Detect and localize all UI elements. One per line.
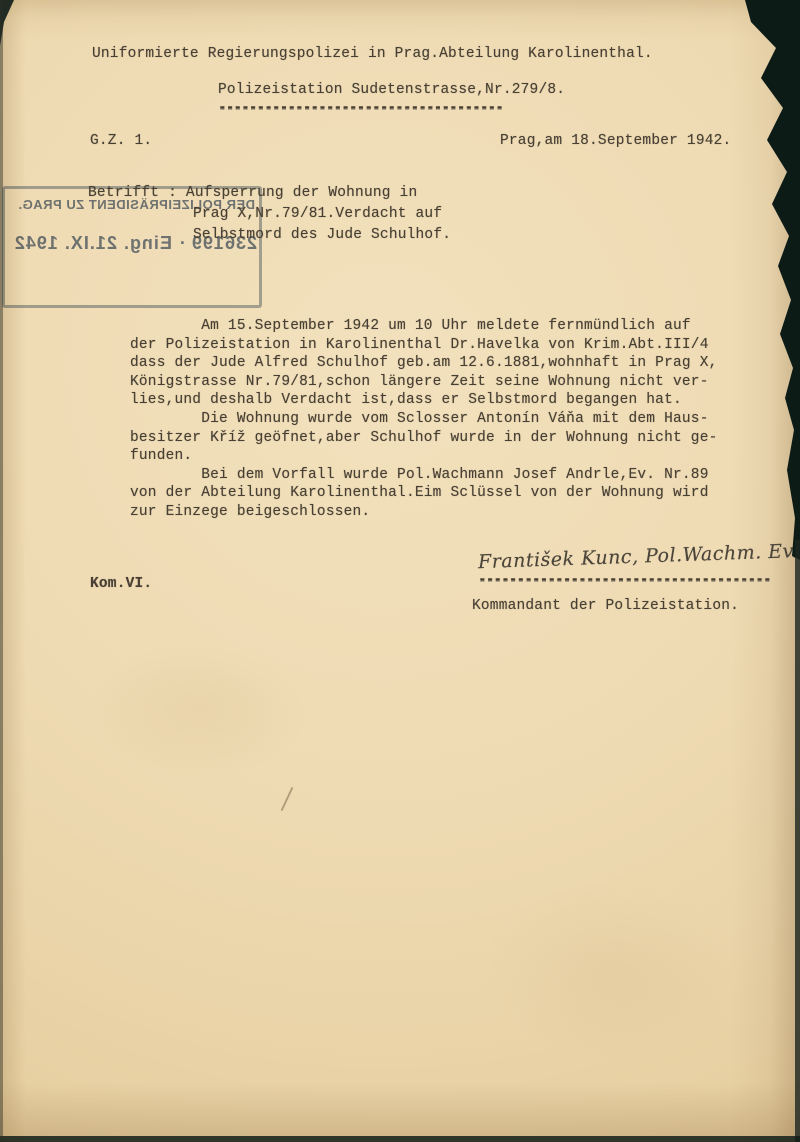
subject-line-3: Selbstmord des Jude Schulhof.	[193, 225, 451, 246]
report-body: Am 15.September 1942 um 10 Uhr meldete f…	[130, 317, 718, 522]
paper-sheet	[0, 0, 800, 1142]
date-line: Prag,am 18.September 1942.	[500, 133, 731, 149]
subject-line-2: Prag X,Nr.79/81.Verdacht auf	[193, 204, 442, 225]
kom-label: Kom.VI.	[90, 576, 152, 592]
commander-title-line: Kommandant der Polizeistation.	[472, 598, 739, 614]
letterhead-line-1: Uniformierte Regierungspolizei in Prag.A…	[92, 46, 653, 62]
letterhead-line-2: Polizeistation Sudetenstrasse,Nr.279/8.	[218, 82, 565, 98]
signature-underline: --------------------------------------	[478, 572, 771, 588]
subject-line-1: Betrifft : Aufsperrung der Wohnung in	[88, 183, 417, 204]
reference-number: G.Z. 1.	[90, 133, 152, 149]
scanned-document: Uniformierte Regierungspolizei in Prag.A…	[0, 0, 800, 1142]
letterhead-underline: -------------------------------------	[218, 100, 503, 116]
